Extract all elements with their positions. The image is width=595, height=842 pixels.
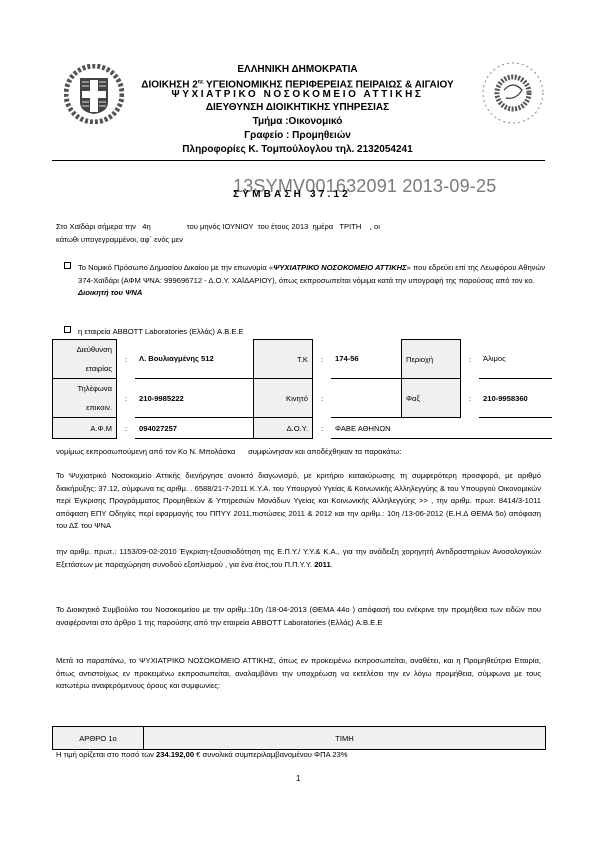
party-hospital: Το Νομικό Πρόσωπο Δημοσίου Δικαίου με τη… xyxy=(64,262,78,275)
company-details-table: Διεύθυνση εταιρίας : Λ. Βουλιαγμένης 512… xyxy=(52,339,552,439)
price-line: Η τιμή ορίζεται στο ποσό των 234.192,00 … xyxy=(56,749,541,762)
paragraph-approval-epy: την αριθμ. πρωτ.: 1153/09-02-2010 Έγκρισ… xyxy=(56,546,541,571)
price-text-post: € συνολικά συμπεριλαμβανομένου ΦΠΑ 23% xyxy=(194,750,347,759)
colon: : xyxy=(117,418,136,439)
table-row: Τηλέφωνα επικοιν. : 210-9985222 Κινητό :… xyxy=(53,379,553,418)
paragraph-approval-epy-year: 2011 xyxy=(314,560,330,569)
paragraph-board-decision: Το Διοικητικό Συμβούλιο του Νοσοκομείου … xyxy=(56,604,541,629)
tax-id-label: Α.Φ.Μ xyxy=(53,418,117,439)
table-row: Διεύθυνση εταιρίας : Λ. Βουλιαγμένης 512… xyxy=(53,340,553,379)
header-office: Γραφείο : Προμηθειών xyxy=(0,130,595,142)
phone-value: 210-9985222 xyxy=(135,379,254,418)
bullet-square-icon xyxy=(64,326,71,333)
table-row: Α.Φ.Μ : 094027257 Δ.Ο.Υ. : ΦΑΒΕ ΑΘΗΝΩΝ xyxy=(53,418,553,439)
article-title: ΤΙΜΗ xyxy=(144,727,546,750)
party-hospital-representative: Διοικητή του ΨΝΑ xyxy=(78,288,142,297)
intro-line-1: Στο Χαϊδάρι σήμερα την 4η του μηνός ΙΟΥΝ… xyxy=(56,221,541,234)
representation-line: νομίμως εκπροσωπούμενη από τον Κο Ν. Μπο… xyxy=(56,446,541,459)
address-value: Λ. Βουλιαγμένης 512 xyxy=(135,340,254,379)
article-number: ΑΡΘΡΟ 1ο xyxy=(53,727,144,750)
colon: : xyxy=(461,379,480,418)
phone-label: Τηλέφωνα επικοιν. xyxy=(53,379,117,418)
party-hospital-text-pre: Το Νομικό Πρόσωπο Δημοσίου Δικαίου με τη… xyxy=(78,263,273,272)
intro-line-2: κάτωθι υπογεγραμμένοι, αφ΄ ενός μεν xyxy=(56,234,541,247)
table-row: ΑΡΘΡΟ 1ο ΤΙΜΗ xyxy=(53,727,546,750)
paragraph-tender: Το Ψυχιατρικό Νοσοκομείο Αττικής διενήργ… xyxy=(56,470,541,533)
header-country: ΕΛΛΗΝΙΚΗ ΔΗΜΟΚΡΑΤΙΑ xyxy=(0,64,595,76)
postal-code-label: Τ.Κ xyxy=(254,340,313,379)
tax-id-value: 094027257 xyxy=(135,418,254,439)
colon: : xyxy=(117,340,136,379)
postal-code-value: 174-56 xyxy=(331,340,402,379)
party-hospital-name: ΨΥΧΙΑΤΡΙΚΟ ΝΟΣΟΚΟΜΕΙΟ ΑΤΤΙΚΗΣ xyxy=(273,263,407,272)
tax-office-value: ΦΑΒΕ ΑΘΗΝΩΝ xyxy=(331,418,552,439)
area-value: Άλιμος xyxy=(479,340,552,379)
paragraph-assignment: Μετά τα παραπάνω, το ΨΥΧΙΑΤΡΙΚΟ ΝΟΣΟΚΟΜΕ… xyxy=(56,655,541,693)
mobile-value xyxy=(331,379,402,418)
colon: : xyxy=(117,379,136,418)
bullet-square-icon xyxy=(64,262,71,269)
price-amount: 234.192,00 xyxy=(156,750,194,759)
paragraph-approval-epy-end: . xyxy=(331,560,333,569)
colon: : xyxy=(313,418,332,439)
party-company-text: η εταιρεία ABBOTT Laboratories (Ελλάς) Α… xyxy=(78,327,244,336)
area-label: Περιοχή xyxy=(402,340,461,379)
header-hospital: ΨΥΧΙΑΤΡΙΚΟ ΝΟΣΟΚΟΜΕΙΟ ΑΤΤΙΚΗΣ xyxy=(0,89,595,101)
page-number: 1 xyxy=(296,774,300,783)
fax-value: 210-9958360 xyxy=(479,379,552,418)
document-title: ΣΥΜΒΑΣΗ 37.12 xyxy=(233,189,351,200)
header-directorate: ΔΙΕΥΘΥΝΣΗ ΔΙΟΙΚΗΤΙΚΗΣ ΥΠΗΡΕΣΙΑΣ xyxy=(0,102,595,114)
colon: : xyxy=(461,340,480,379)
header-contact: Πληροφορίες Κ. Τομπούλογλου τηλ. 2132054… xyxy=(0,144,595,156)
article-table: ΑΡΘΡΟ 1ο ΤΙΜΗ xyxy=(52,726,546,750)
colon: : xyxy=(313,379,332,418)
paragraph-approval-epy-text: την αριθμ. πρωτ.: 1153/09-02-2010 Έγκρισ… xyxy=(56,547,541,569)
header-divider xyxy=(52,160,545,161)
mobile-label: Κινητό xyxy=(254,379,313,418)
header-department: Τμήμα :Οικονομικό xyxy=(0,116,595,128)
address-label: Διεύθυνση εταιρίας xyxy=(53,340,117,379)
fax-label: Φαξ xyxy=(402,379,461,418)
colon: : xyxy=(313,340,332,379)
tax-office-label: Δ.Ο.Υ. xyxy=(254,418,313,439)
price-text-pre: Η τιμή ορίζεται στο ποσό των xyxy=(56,750,156,759)
party-company: η εταιρεία ABBOTT Laboratories (Ελλάς) Α… xyxy=(64,326,78,339)
